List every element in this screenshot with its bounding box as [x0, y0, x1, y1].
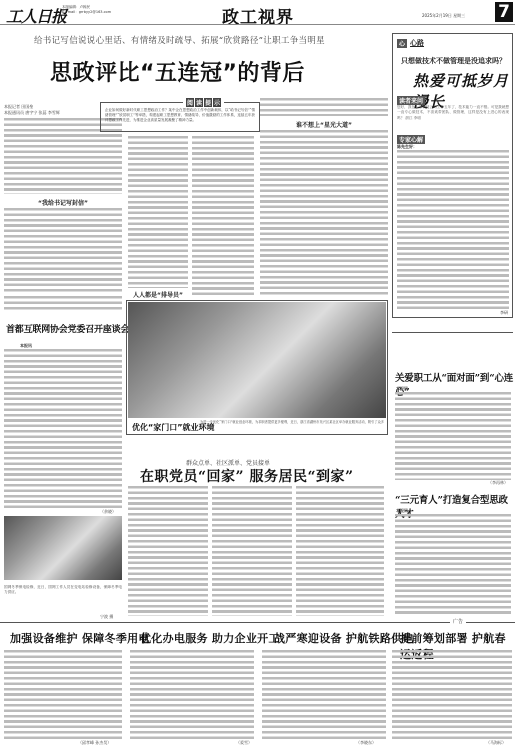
ad-label: 广告	[450, 618, 466, 625]
article-body-three-education	[395, 514, 511, 616]
main-photo-caption: 为进一步优化“家门口”就业创业环境，为求职者提供更多便利，近日，浙江省湖州市吴兴…	[200, 420, 384, 432]
article-credit: （余晓）	[100, 509, 116, 515]
issue-date: 2025年2月19日 星期三	[422, 13, 465, 19]
article-title-internet-association: 首都互联网协会党委召开座谈会	[6, 322, 129, 335]
editor-note-box: 企业如何做好新时代职工思想政治工作？某中企在思想政治工作中创新载体，以“给书记写…	[100, 102, 260, 132]
editor-note-label: 阅 读 提 示	[183, 98, 224, 107]
bottom-body-1	[4, 650, 122, 742]
reader-question: 您好，我在一家科技公司工作五年了，技术能力一直不错。可是我就想一直专心做技术，不…	[397, 105, 509, 133]
article-body-internet-association	[4, 349, 122, 509]
photo-employment-service	[128, 302, 386, 418]
subhead-3: 谁不想上“星光大道”	[260, 120, 388, 129]
lead-body-col2	[128, 136, 188, 288]
right-divider-1	[392, 332, 513, 333]
reader-label: 读者来问	[397, 96, 425, 105]
lead-body-col3	[192, 136, 254, 296]
expert-sign: 李研	[500, 310, 508, 316]
subhead-1: “我给书记写封信”	[4, 198, 122, 207]
bottom-divider	[0, 622, 515, 623]
bottom-title-1: 加强设备维护 保障冬季用电	[10, 630, 150, 646]
column-tag: 心路	[410, 38, 424, 48]
expert-label: 专家心解	[397, 135, 425, 144]
center-story-headline: 在职党员“回家” 服务居民“到家”	[140, 466, 354, 486]
lead-headline: 思政评比“五连冠”的背后	[50, 56, 305, 87]
bottom-credit-2: （爱雪）	[236, 740, 252, 746]
lead-body-col1-b	[4, 208, 122, 294]
lead-byline-2: 本报通讯员 唐宇宁 张蕊 李雪辉	[4, 110, 60, 116]
editor-contact: 本版编辑：卢翰民 E－mail：grrbyy2@163.com	[62, 5, 111, 15]
photo-credit-maintenance: 宁波 摄	[100, 614, 113, 620]
article-body-care-employees	[395, 392, 511, 480]
care-credit: （李再林）	[488, 480, 508, 486]
center-story-col2	[212, 486, 292, 616]
bottom-title-2: 优化办电服务 助力企业开工	[140, 630, 280, 646]
header-divider	[0, 24, 515, 25]
lead-kicker: 给书记写信说说心里话、有情绪及时疏导、拓展“欣赏路径”让职工争当明星	[34, 34, 325, 46]
bottom-body-4	[392, 650, 512, 742]
expert-answer	[397, 150, 509, 310]
heart-road-icon: 心	[397, 39, 407, 48]
center-story-col1	[128, 486, 208, 616]
bottom-credit-1: （邱孝峰 孙杰昊）	[78, 740, 111, 746]
subhead-2: 人人都是“排导员”	[128, 290, 188, 299]
advice-column-box: 心 心路 只想做技术不做管理是没追求吗？ 热爱可抵岁月漫长 读者来问 您好，我在…	[392, 33, 513, 318]
photo-caption-maintenance: 国网冬季保电检修，近日，国网工作人员在变电站检修设备，保障冬季电力供应。	[4, 585, 122, 615]
bottom-credit-4: （马海标）	[486, 740, 506, 746]
lead-body-col1-c	[4, 296, 122, 310]
page-number: 7	[495, 2, 513, 22]
column-question: 只想做技术不做管理是没追求吗？	[401, 56, 506, 66]
center-story-col3	[296, 486, 384, 616]
bottom-title-3: 战严寒迎设备 护航铁路供电	[274, 630, 414, 646]
lead-body-col4-b	[260, 130, 388, 296]
bottom-credit-3: （李晓东）	[356, 740, 376, 746]
bottom-body-3	[262, 650, 386, 742]
editor-note-text: 企业如何做好新时代职工思想政治工作？某中企在思想政治工作中创新载体，以“给书记写…	[101, 103, 259, 123]
photo-substation-maintenance	[4, 516, 122, 580]
bottom-body-2	[130, 650, 254, 742]
lead-body-col4-a	[260, 98, 388, 116]
editor-email: E－mail：grrbyy2@163.com	[62, 10, 111, 15]
